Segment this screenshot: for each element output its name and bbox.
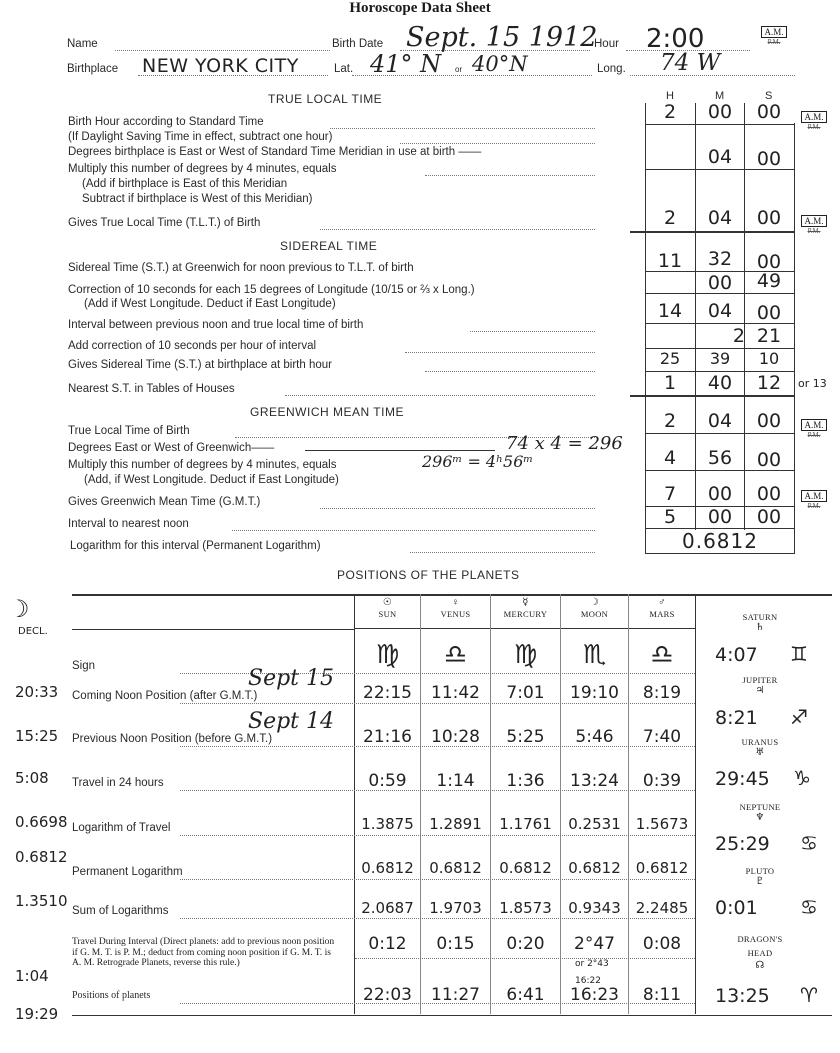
- moon-declination-value[interactable]: 1.3510: [15, 892, 68, 910]
- st-correction-m[interactable]: 00: [695, 272, 745, 294]
- row-label: Interval between previous noon and true …: [68, 319, 363, 331]
- row-label: Gives Greenwich Mean Time (G.M.T.): [68, 496, 260, 508]
- zodiac-sign-icon[interactable]: ♋: [800, 831, 818, 855]
- birthplace-label: Birthplace: [67, 63, 118, 75]
- row-label: Interval to nearest noon: [68, 518, 189, 530]
- row-label: Sign: [72, 660, 95, 672]
- moon-value[interactable]: 19:10: [561, 683, 628, 703]
- st-nearest-m[interactable]: 40: [695, 372, 745, 394]
- mercury-value[interactable]: 1:36: [491, 771, 560, 791]
- row-label: Gives Sidereal Time (S.T.) at birthplace…: [68, 359, 332, 371]
- leader-dots: [425, 371, 595, 372]
- zodiac-sign-icon[interactable]: ♈: [800, 983, 818, 1007]
- planet-name: URANUS: [690, 737, 830, 747]
- lat-label: Lat.: [334, 63, 353, 75]
- row-label: (If Daylight Saving Time in effect, subt…: [68, 131, 332, 143]
- gmt-degrees-note: 74 x 4 = 296: [506, 433, 623, 454]
- sun-sign[interactable]: ♍: [355, 640, 420, 670]
- pm-option[interactable]: P.M.: [752, 38, 796, 46]
- date-note: Sept 15: [248, 666, 334, 691]
- mars-icon: ♂: [629, 597, 695, 609]
- venus-value[interactable]: 0.6812: [421, 859, 490, 877]
- planet-name: PLUTO: [690, 866, 830, 876]
- gmt-interval-m[interactable]: 00: [695, 506, 745, 528]
- column-header-mars: ♂MARS: [629, 597, 695, 619]
- gmt-interval-s[interactable]: 00: [744, 506, 794, 528]
- hour-label: Hour: [594, 38, 619, 50]
- ampm-selector[interactable]: A.M.P.M.: [796, 215, 832, 235]
- mercury-value[interactable]: 0:20: [491, 934, 560, 954]
- planet-name: DRAGON'S HEAD: [730, 932, 790, 960]
- leader-dots: [405, 352, 595, 353]
- column-name: MOON: [581, 609, 608, 619]
- moon-note: or 2°43: [575, 959, 609, 969]
- moon-declination-value[interactable]: 0.6812: [15, 848, 68, 866]
- st-nearest-note: or 13: [798, 377, 827, 390]
- zodiac-sign-icon[interactable]: ♋: [800, 895, 818, 919]
- birth-date-value[interactable]: Sept. 15 1912: [406, 22, 597, 53]
- tlt-result-s[interactable]: 00: [744, 207, 794, 229]
- st-interval-h[interactable]: 14: [645, 300, 695, 322]
- st-interval-m[interactable]: 04: [695, 300, 745, 322]
- row-label: Degrees East or West of Greenwich——: [68, 442, 274, 454]
- moon-sign[interactable]: ♏: [561, 640, 628, 670]
- tlt-birth-hour-s[interactable]: 00: [744, 101, 794, 123]
- outer-planet-value[interactable]: 13:25: [715, 985, 770, 1007]
- venus-value[interactable]: 1.9703: [421, 899, 490, 917]
- am-option[interactable]: A.M.: [761, 26, 786, 38]
- outer-planet-value[interactable]: 4:07: [715, 644, 758, 666]
- row-label: Nearest S.T. in Tables of Houses: [68, 383, 235, 395]
- column-name: MARS: [649, 609, 674, 619]
- row-label: (Add, if West Longitude. Deduct if East …: [84, 474, 339, 486]
- outer-planet-name: URANUS♅: [690, 737, 830, 759]
- section-heading-sidereal-time: SIDEREAL TIME: [280, 239, 377, 253]
- st-birthplace-h[interactable]: 25: [645, 349, 695, 368]
- moon-value[interactable]: 2°47: [561, 934, 628, 954]
- row-label: Multiply this number of degrees by 4 min…: [68, 163, 336, 175]
- outer-planet-name: NEPTUNE♆: [690, 802, 830, 824]
- moon-declination-value[interactable]: 20:33: [15, 683, 58, 701]
- column-header-mercury: ☿MERCURY: [491, 597, 560, 619]
- table-bottom-rule: [72, 1015, 832, 1016]
- tlt-birth-hour-m[interactable]: 00: [695, 101, 745, 123]
- row-label: (Add if birthplace is East of this Merid…: [82, 178, 287, 190]
- outer-planet-name: JUPITER♃: [690, 675, 830, 697]
- page-title: Horoscope Data Sheet: [0, 0, 840, 17]
- planet-name: NEPTUNE: [690, 802, 830, 812]
- moon-declination-value[interactable]: 5:08: [15, 769, 49, 787]
- pm-option[interactable]: P.M.: [796, 431, 832, 439]
- row-label: Positions of planets: [72, 990, 150, 1001]
- leader-dots: [320, 229, 595, 230]
- row-label: True Local Time of Birth: [68, 425, 190, 437]
- outer-planet-value[interactable]: 0:01: [715, 897, 758, 919]
- planet-symbol-icon: ♃: [690, 685, 830, 697]
- mars-value[interactable]: 8:11: [629, 985, 695, 1005]
- st-nearest-s[interactable]: 12: [744, 372, 794, 394]
- gmt-tlt-m[interactable]: 04: [695, 410, 745, 432]
- row-label: Permanent Logarithm: [72, 866, 183, 878]
- rule-line: [305, 450, 495, 451]
- moon-declination-value[interactable]: 15:25: [15, 727, 58, 745]
- or-label: or: [455, 65, 462, 74]
- venus-icon: ♀: [421, 597, 490, 609]
- row-label: Logarithm of Travel: [72, 822, 170, 834]
- ampm-selector-header[interactable]: A.M. P.M.: [752, 26, 796, 46]
- column-name: MERCURY: [504, 609, 548, 619]
- planet-symbol-icon: ☊: [690, 960, 830, 972]
- grid-line: [630, 395, 795, 397]
- birth-date-label: Birth Date: [332, 38, 383, 50]
- moon-declination-value[interactable]: 19:29: [15, 1005, 58, 1023]
- st-add-correction-m[interactable]: 2: [695, 325, 745, 347]
- leader-dots: [180, 835, 695, 836]
- leader-dots: [470, 331, 595, 332]
- grid-line: [645, 124, 795, 125]
- mars-value[interactable]: 2.2485: [629, 899, 695, 917]
- leader-dots: [180, 918, 695, 919]
- mercury-value[interactable]: 7:01: [491, 683, 560, 703]
- moon-value[interactable]: 16:23: [561, 985, 628, 1005]
- row-label: Degrees birthplace is East or West of St…: [68, 146, 481, 158]
- planet-name: JUPITER: [690, 675, 830, 685]
- st-correction-s[interactable]: 49: [744, 270, 794, 292]
- tlt-result-h[interactable]: 2: [645, 207, 695, 229]
- zodiac-sign-icon[interactable]: ♐: [790, 705, 808, 729]
- mars-value[interactable]: 0.6812: [629, 859, 695, 877]
- long-value[interactable]: 74 W: [660, 50, 720, 76]
- sun-value[interactable]: 22:03: [355, 985, 420, 1005]
- mercury-value[interactable]: 1.8573: [491, 899, 560, 917]
- am-option[interactable]: A.M.: [801, 111, 826, 123]
- planet-name: SATURN: [690, 612, 830, 622]
- row-label: Gives True Local Time (T.L.T.) of Birth: [68, 217, 260, 229]
- column-name: VENUS: [441, 609, 471, 619]
- gmt-interval-h[interactable]: 5: [645, 506, 695, 528]
- venus-sign[interactable]: ♎: [421, 640, 490, 670]
- moon-decl-label: DECL.: [18, 626, 48, 637]
- venus-value[interactable]: 11:27: [421, 985, 490, 1005]
- outer-planet-name: PLUTO♇: [690, 866, 830, 888]
- am-option[interactable]: A.M.: [801, 490, 826, 502]
- name-field[interactable]: [115, 50, 330, 51]
- sun-value[interactable]: 1.3875: [355, 815, 420, 833]
- leader-dots: [410, 552, 595, 553]
- table-top-rule: [72, 594, 832, 596]
- leader-dots: [285, 395, 595, 396]
- section-heading-true-local-time: TRUE LOCAL TIME: [268, 92, 382, 106]
- gmt-result-h[interactable]: 7: [645, 483, 695, 505]
- am-option[interactable]: A.M.: [801, 215, 826, 227]
- grid-line: [630, 231, 795, 233]
- gmt-multiply-s[interactable]: 00: [744, 449, 794, 471]
- mercury-value[interactable]: 6:41: [491, 985, 560, 1005]
- section-heading-greenwich-mean-time: GREENWICH MEAN TIME: [250, 405, 404, 419]
- leader-dots: [330, 128, 595, 129]
- sun-value[interactable]: 2.0687: [355, 899, 420, 917]
- sun-value[interactable]: 0.6812: [355, 859, 420, 877]
- gmt-permanent-log[interactable]: 0.6812: [645, 529, 795, 553]
- planet-symbol-icon: ♇: [690, 876, 830, 888]
- moon-value[interactable]: 0.9343: [561, 899, 628, 917]
- planet-symbol-icon: ♆: [690, 812, 830, 824]
- venus-value[interactable]: 1:14: [421, 771, 490, 791]
- mars-value[interactable]: 8:19: [629, 683, 695, 703]
- row-label: Correction of 10 seconds for each 15 deg…: [68, 284, 475, 296]
- mars-sign[interactable]: ♎: [629, 640, 695, 670]
- row-label: Birth Hour according to Standard Time: [68, 116, 264, 128]
- row-label: Travel in 24 hours: [72, 777, 164, 789]
- date-note: Sept 14: [248, 709, 334, 734]
- leader-dots: [320, 508, 595, 509]
- long-label: Long.: [597, 63, 626, 75]
- gmt-tlt-h[interactable]: 2: [645, 410, 695, 432]
- mars-value[interactable]: 0:39: [629, 771, 695, 791]
- moon-value[interactable]: 0.2531: [561, 815, 628, 833]
- mercury-sign[interactable]: ♍: [491, 640, 560, 670]
- outer-planet-value[interactable]: 25:29: [715, 833, 770, 855]
- leader-dots: [180, 703, 695, 704]
- sun-value[interactable]: 22:15: [355, 683, 420, 703]
- grid-line: [794, 123, 795, 553]
- column-header-sun: ☉SUN: [355, 597, 420, 619]
- column-header-moon: ☽MOON: [561, 597, 628, 619]
- planet-symbol-icon: ♄: [690, 622, 830, 634]
- tlt-birth-hour-h[interactable]: 2: [645, 101, 695, 123]
- row-label: Multiply this number of degrees by 4 min…: [68, 459, 336, 471]
- column-name: SUN: [379, 609, 397, 619]
- venus-value[interactable]: 11:42: [421, 683, 490, 703]
- mars-value[interactable]: 7:40: [629, 727, 695, 747]
- column-header-venus: ♀VENUS: [421, 597, 490, 619]
- tlt-minutes-m[interactable]: 04: [695, 146, 745, 168]
- row-label: Previous Noon Position (before G.M.T.): [72, 733, 272, 745]
- mercury-value[interactable]: 0.6812: [491, 859, 560, 877]
- moon-note: 16:22: [575, 976, 601, 986]
- moon-value[interactable]: 13:24: [561, 771, 628, 791]
- sun-value[interactable]: 0:12: [355, 934, 420, 954]
- am-option[interactable]: A.M.: [801, 419, 826, 431]
- leader-dots: [400, 143, 595, 144]
- mercury-icon: ☿: [491, 597, 560, 609]
- sun-value[interactable]: 21:16: [355, 727, 420, 747]
- outer-planet-value[interactable]: 29:45: [715, 768, 770, 790]
- gmt-multiply-m[interactable]: 56: [695, 447, 745, 469]
- sun-value[interactable]: 0:59: [355, 771, 420, 791]
- row-label: Subtract if birthplace is West of this M…: [82, 193, 313, 205]
- ampm-selector[interactable]: A.M.P.M.: [796, 419, 832, 439]
- st-add-correction-s[interactable]: 21: [744, 325, 794, 347]
- outer-planet-name: SATURN♄: [690, 612, 830, 634]
- st-interval-s[interactable]: 00: [744, 302, 794, 324]
- row-label: (Add if West Longitude. Deduct if East L…: [84, 298, 336, 310]
- venus-value[interactable]: 0:15: [421, 934, 490, 954]
- gmt-multiply-h[interactable]: 4: [645, 447, 695, 469]
- venus-value[interactable]: 1.2891: [421, 815, 490, 833]
- sun-icon: ☉: [355, 597, 420, 609]
- moon-value[interactable]: 5:46: [561, 727, 628, 747]
- mars-value[interactable]: 0:08: [629, 934, 695, 954]
- grid-line: [645, 553, 795, 554]
- moon-decl-icon: ☽: [8, 595, 30, 623]
- lat-value[interactable]: 41° N: [370, 50, 441, 78]
- st-nearest-h[interactable]: 1: [645, 372, 695, 394]
- outer-planet-value[interactable]: 8:21: [715, 707, 758, 729]
- leader-dots: [355, 958, 695, 959]
- birthplace-value[interactable]: NEW YORK CITY: [142, 55, 299, 77]
- st-greenwich-m[interactable]: 32: [695, 248, 745, 270]
- mercury-value[interactable]: 5:25: [491, 727, 560, 747]
- name-label: Name: [67, 38, 98, 50]
- table-rule: [355, 628, 695, 629]
- venus-value[interactable]: 10:28: [421, 727, 490, 747]
- ampm-selector[interactable]: A.M.P.M.: [796, 111, 832, 131]
- planet-symbol-icon: ♅: [690, 747, 830, 759]
- outer-planet-name: DRAGON'S HEAD☊: [690, 932, 830, 972]
- mars-value[interactable]: 1.5673: [629, 815, 695, 833]
- st-birthplace-s[interactable]: 10: [744, 349, 794, 368]
- row-label: Travel During Interval (Direct planets: …: [72, 937, 342, 969]
- gmt-result-m[interactable]: 00: [695, 483, 745, 505]
- moon-icon: ☽: [561, 597, 628, 609]
- moon-declination-value[interactable]: 1:04: [15, 967, 49, 985]
- moon-declination-value[interactable]: 0.6698: [15, 813, 68, 831]
- tlt-result-m[interactable]: 04: [695, 207, 745, 229]
- lat-alt-value[interactable]: 40°N: [472, 52, 528, 76]
- leader-dots: [232, 530, 595, 531]
- row-label: Coming Noon Position (after G.M.T.): [72, 690, 257, 702]
- ampm-selector[interactable]: A.M.P.M.: [796, 490, 832, 510]
- st-birthplace-m[interactable]: 39: [695, 349, 745, 368]
- leader-dots: [425, 175, 595, 176]
- gmt-result-s[interactable]: 00: [744, 483, 794, 505]
- pm-option[interactable]: P.M.: [796, 502, 832, 510]
- row-label: Add correction of 10 seconds per hour of…: [68, 340, 316, 352]
- mercury-value[interactable]: 1.1761: [491, 815, 560, 833]
- row-label: Sum of Logarithms: [72, 905, 169, 917]
- st-greenwich-h[interactable]: 11: [645, 250, 695, 272]
- gmt-multiply-note: 296ᵐ = 4ʰ56ᵐ: [422, 452, 533, 471]
- pm-option[interactable]: P.M.: [796, 123, 832, 131]
- tlt-minutes-s[interactable]: 00: [744, 148, 794, 170]
- pm-option[interactable]: P.M.: [796, 227, 832, 235]
- grid-line: [645, 433, 795, 434]
- section-heading-planets: POSITIONS OF THE PLANETS: [337, 568, 519, 582]
- gmt-tlt-s[interactable]: 00: [744, 410, 794, 432]
- leader-dots: [180, 879, 695, 880]
- table-rule: [72, 629, 355, 630]
- row-label: Sidereal Time (S.T.) at Greenwich for no…: [68, 262, 414, 274]
- zodiac-sign-icon[interactable]: ♊: [790, 642, 808, 666]
- row-label: Logarithm for this interval (Permanent L…: [70, 540, 321, 552]
- zodiac-sign-icon[interactable]: ♑: [793, 766, 811, 790]
- moon-value[interactable]: 0.6812: [561, 859, 628, 877]
